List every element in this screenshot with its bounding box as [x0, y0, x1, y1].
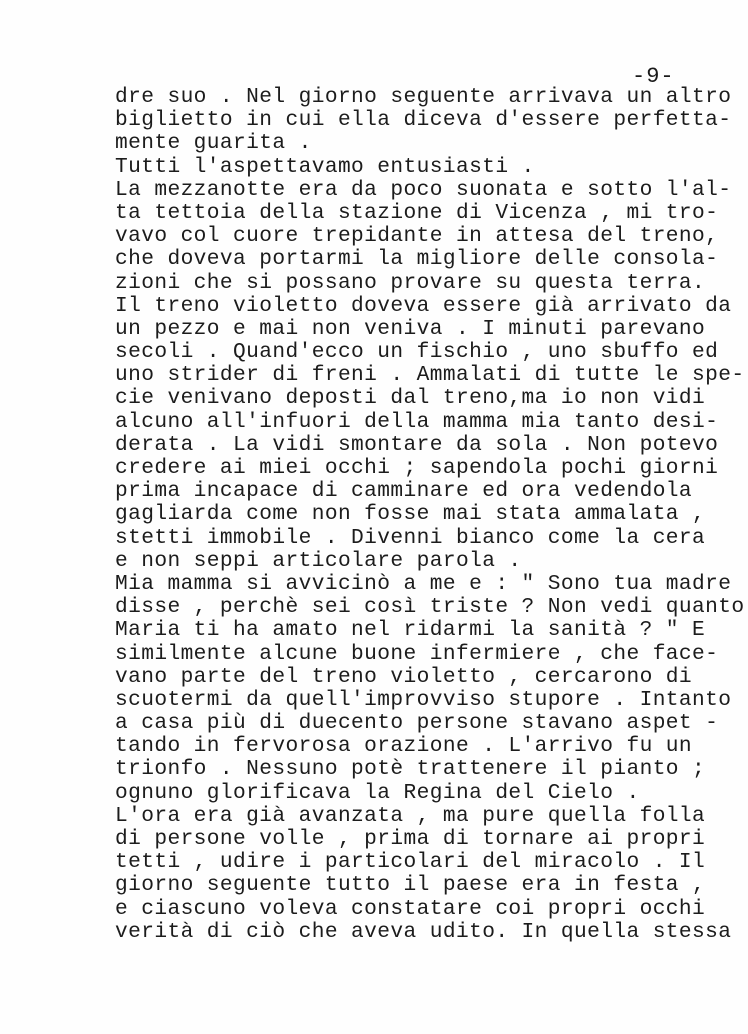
text-line: e non seppi articolare parola . [115, 550, 715, 573]
body-text: dre suo . Nel giorno seguente arrivava u… [115, 86, 715, 944]
text-line: a casa più di duecento persone stavano a… [115, 712, 715, 735]
text-line: uno strider di freni . Ammalati di tutte… [115, 364, 715, 387]
text-line: La mezzanotte era da poco suonata e sott… [115, 179, 715, 202]
text-line: Mia mamma si avvicinò a me e : " Sono tu… [115, 573, 715, 596]
text-line: tetti , udire i particolari del miracolo… [115, 851, 715, 874]
text-line: secoli . Quand'ecco un fischio , uno sbu… [115, 341, 715, 364]
text-line: stetti immobile . Divenni bianco come la… [115, 527, 715, 550]
text-line: alcuno all'infuori della mamma mia tanto… [115, 411, 715, 434]
typewritten-page: -9- dre suo . Nel giorno seguente arriva… [0, 0, 748, 1034]
text-line: scuotermi da quell'improvviso stupore . … [115, 689, 715, 712]
text-line: L'ora era già avanzata , ma pure quella … [115, 805, 715, 828]
text-line: zioni che si possano provare su questa t… [115, 272, 715, 295]
text-line: Tutti l'aspettavamo entusiasti . [115, 156, 715, 179]
text-line: disse , perchè sei così triste ? Non ved… [115, 596, 715, 619]
text-line: e ciascuno voleva constatare coi propri … [115, 898, 715, 921]
text-line: verità di ciò che aveva udito. In quella… [115, 921, 715, 944]
text-line: vavo col cuore trepidante in attesa del … [115, 225, 715, 248]
text-line: Maria ti ha amato nel ridarmi la sanità … [115, 619, 715, 642]
text-line: Il treno violetto doveva essere già arri… [115, 295, 715, 318]
text-line: derata . La vidi smontare da sola . Non … [115, 434, 715, 457]
text-line: gagliarda come non fosse mai stata ammal… [115, 503, 715, 526]
text-line: mente guarita . [115, 132, 715, 155]
text-line: giorno seguente tutto il paese era in fe… [115, 874, 715, 897]
text-line: che doveva portarmi la migliore delle co… [115, 248, 715, 271]
text-line: dre suo . Nel giorno seguente arrivava u… [115, 86, 715, 109]
text-line: ognuno glorificava la Regina del Cielo . [115, 782, 715, 805]
text-line: un pezzo e mai non veniva . I minuti par… [115, 318, 715, 341]
text-line: trionfo . Nessuno potè trattenere il pia… [115, 758, 715, 781]
text-line: ta tettoia della stazione di Vicenza , m… [115, 202, 715, 225]
text-line: similmente alcune buone infermiere , che… [115, 643, 715, 666]
text-line: credere ai miei occhi ; sapendola pochi … [115, 457, 715, 480]
text-line: cie venivano deposti dal treno,ma io non… [115, 387, 715, 410]
text-line: vano parte del treno violetto , cercaron… [115, 666, 715, 689]
text-line: di persone volle , prima di tornare ai p… [115, 828, 715, 851]
text-line: biglietto in cui ella diceva d'essere pe… [115, 109, 715, 132]
text-line: tando in fervorosa orazione . L'arrivo f… [115, 735, 715, 758]
text-line: prima incapace di camminare ed ora veden… [115, 480, 715, 503]
